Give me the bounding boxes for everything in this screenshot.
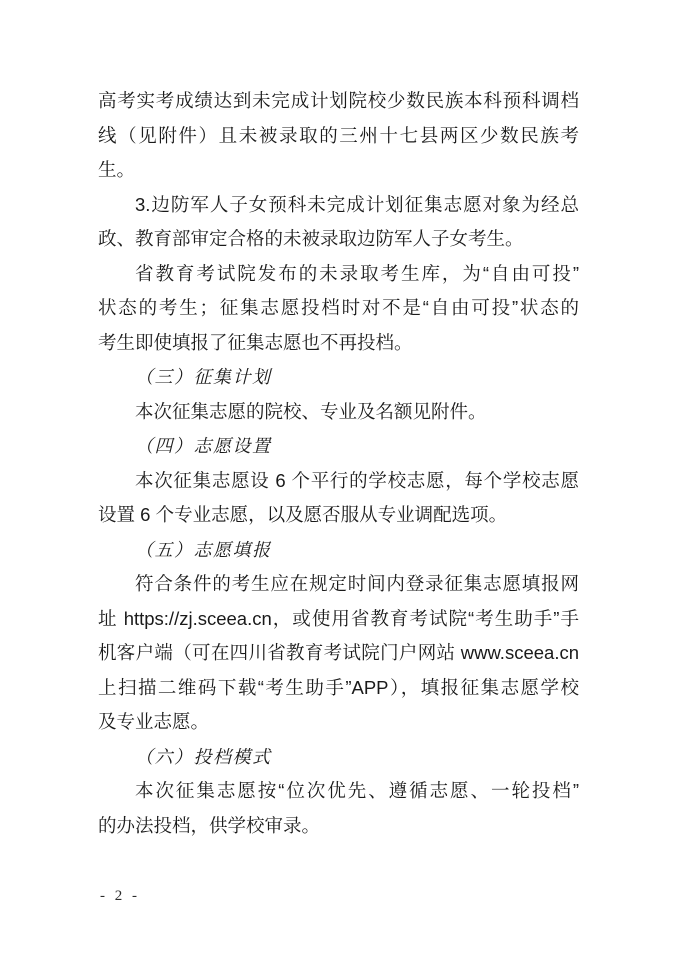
document-page: 高考实考成绩达到未完成计划院校少数民族本科预科调档 线（见附件）且未被录取的三州… <box>0 0 680 962</box>
section-heading-5: （五）志愿填报 <box>98 533 579 568</box>
text-line: 3.边防军人子女预科未完成计划征集志愿对象为经总 <box>98 188 579 223</box>
document-body: 高考实考成绩达到未完成计划院校少数民族本科预科调档 线（见附件）且未被录取的三州… <box>98 84 579 843</box>
text-line: 设置 6 个专业志愿，以及愿否服从专业调配选项。 <box>98 498 579 533</box>
text-line: 的办法投档，供学校审录。 <box>98 809 579 844</box>
text-line: 高考实考成绩达到未完成计划院校少数民族本科预科调档 <box>98 84 579 119</box>
section-heading-4: （四）志愿设置 <box>98 429 579 464</box>
section-heading-6: （六）投档模式 <box>98 740 579 775</box>
page-number: - 2 - <box>100 888 140 905</box>
text-line: 省教育考试院发布的未录取考生库，为“自由可投” <box>98 257 579 292</box>
text-line-with-url: 址 https://zj.sceea.cn，或使用省教育考试院“考生助手”手 <box>98 602 579 637</box>
text-line: 考生即使填报了征集志愿也不再投档。 <box>98 326 579 361</box>
text-line: 及专业志愿。 <box>98 705 579 740</box>
text-line: 生。 <box>98 153 579 188</box>
text-line: 上扫描二维码下载“考生助手”APP），填报征集志愿学校 <box>98 671 579 706</box>
text-line: 本次征集志愿设 6 个平行的学校志愿，每个学校志愿内 <box>98 464 579 499</box>
text-line-with-url: 机客户端（可在四川省教育考试院门户网站 www.sceea.cn <box>98 636 579 671</box>
text-line: 状态的考生；征集志愿投档时对不是“自由可投”状态的 <box>98 291 579 326</box>
section-heading-3: （三）征集计划 <box>98 360 579 395</box>
text-line: 符合条件的考生应在规定时间内登录征集志愿填报网 <box>98 567 579 602</box>
text-line: 线（见附件）且未被录取的三州十七县两区少数民族考 <box>98 119 579 154</box>
text-line: 本次征集志愿按“位次优先、遵循志愿、一轮投档” <box>98 774 579 809</box>
text-line: 政、教育部审定合格的未被录取边防军人子女考生。 <box>98 222 579 257</box>
text-line: 本次征集志愿的院校、专业及名额见附件。 <box>98 395 579 430</box>
